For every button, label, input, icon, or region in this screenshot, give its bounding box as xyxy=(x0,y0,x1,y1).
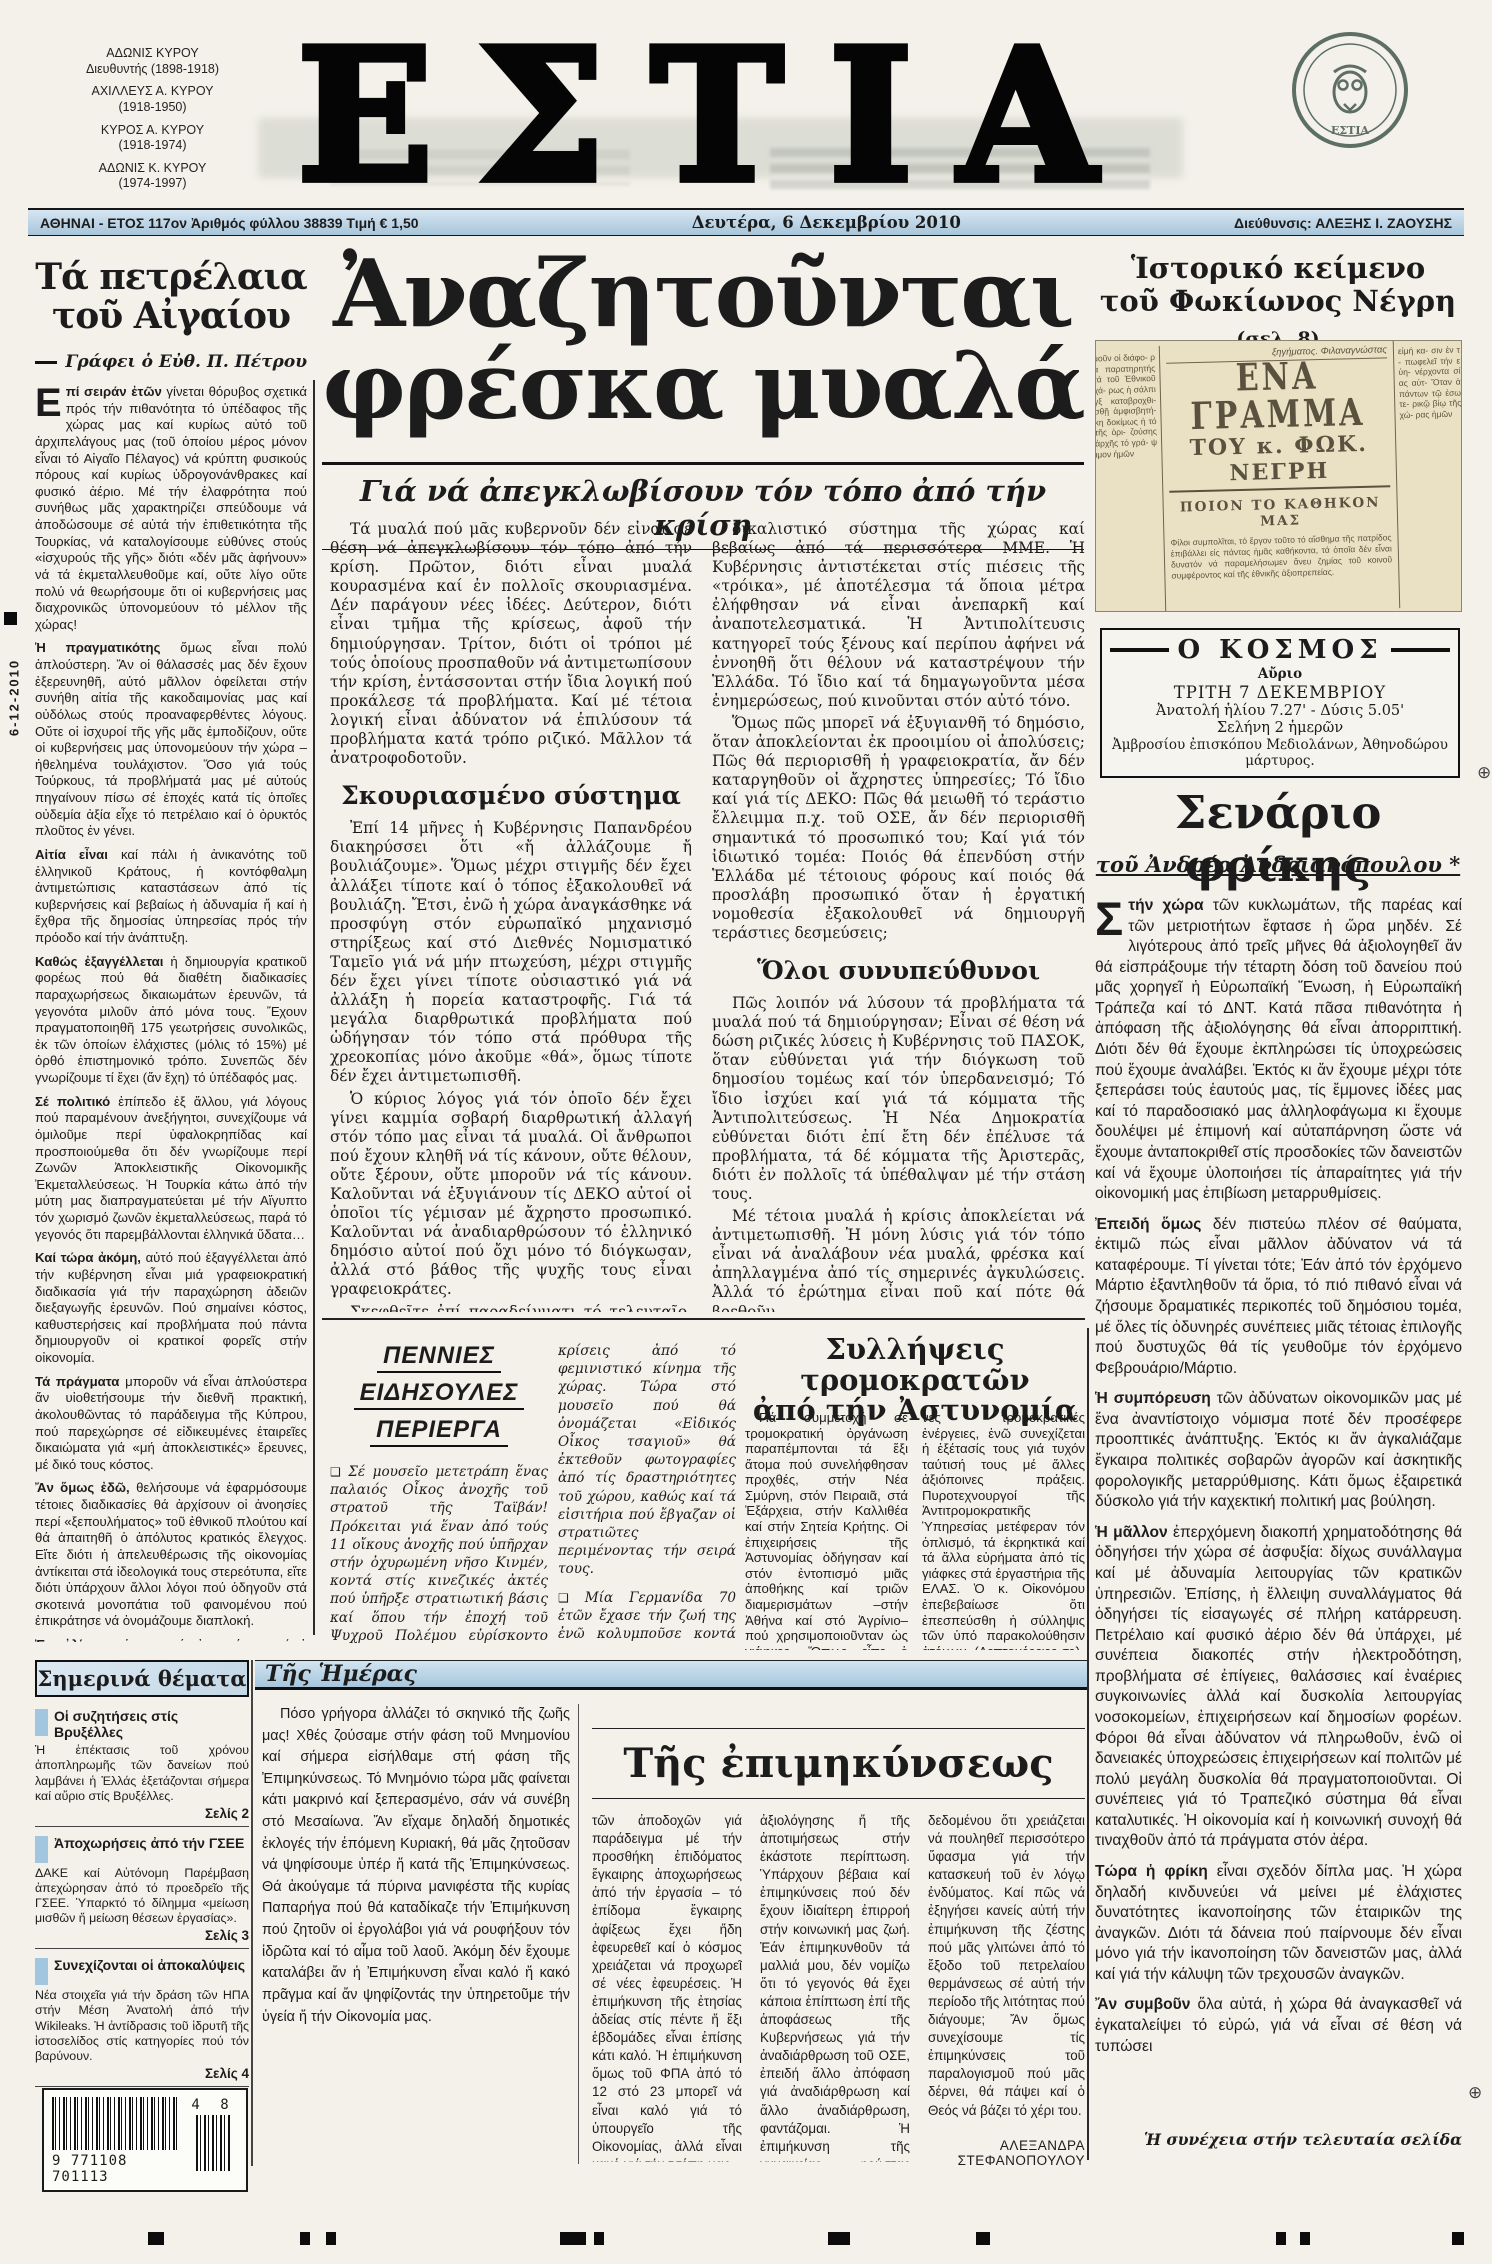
paragraph: τῶν ἀποδοχῶν γιά παράδειγμα μέ τήν προσθ… xyxy=(592,1812,742,2162)
registration-mark xyxy=(300,2232,310,2245)
founder-name: ΚΥΡΟΣ Α. ΚΥΡΟΥ xyxy=(55,123,250,139)
headline-rule xyxy=(592,1798,1085,1799)
clipping-side-text: εἰμή κα- σιν ἐν τ- πωφελεῖ τήν εὐη- νέρχ… xyxy=(1393,340,1462,608)
paragraph: Ὅμως πῶς μπορεῖ νά ἐξυγιανθῆ τό δημόσιο,… xyxy=(712,714,1085,943)
topic-title-row: Οἱ συζητήσεις στίς Βρυξέλλες xyxy=(35,1709,249,1740)
para-lead: Αἰτία εἶναι xyxy=(35,847,108,862)
paragraph: Ἡ μᾶλλον ἐπερχόμενη διακοπή χρηματοδότησ… xyxy=(1095,1523,1462,1852)
column-divider-rule xyxy=(313,380,315,1635)
topic-text: ΔΑΚΕ καί Αὐτόνομη Παρέμβαση ἀπεχώρησαν ἀ… xyxy=(35,1866,249,1927)
newspaper-logo: ΕΣΤΙΑ xyxy=(250,26,1190,205)
barcode-bars-icon xyxy=(52,2097,180,2150)
today-topics-box: Σημερινά θέματα Οἱ συζητήσεις στίς Βρυξέ… xyxy=(35,1660,249,2096)
para-lead: Ἄν ὅμως ἐδῶ, xyxy=(35,1480,130,1495)
section-divider-rule xyxy=(322,1318,1085,1320)
kosmos-moon: Σελήνη 2 ἡμερῶν xyxy=(1110,720,1450,736)
paragraph: Γιά συμμετοχή σέ τρομοκρατική ὀργάνωση π… xyxy=(745,1410,908,1650)
paragraph: Ὁ κύριος λόγος γιά τόν ὁποῖο δέν ἔχει γί… xyxy=(330,1090,692,1300)
o-kosmos-box: Ο ΚΟΣΜΟΣ Αὔριο ΤΡΙΤΗ 7 ΔΕΚΕΜΒΡΙΟΥ Ἀνατολ… xyxy=(1100,628,1460,778)
pennies-title: ΠΕΡΙΕΡΓΑ xyxy=(330,1416,548,1447)
main-article-column-1: Τά μυαλά πού μᾶς κυβερνοῦν δέν εἶναι σέ … xyxy=(330,520,692,1312)
topic-bullet-icon xyxy=(35,1958,48,1985)
clipping-center: ξηγήματος. Φιλαναγνώστας ΕΝΑ ΓΡΑΜΜΑ ΤΟΥ … xyxy=(1160,340,1399,612)
pennies-item-text: Μία Γερμανίδα 70 ἐτῶν ἔχασε τήν ζωή της … xyxy=(558,1590,736,1644)
founder-name: ΑΔΩΝΙΣ ΚΥΡΟΥ xyxy=(55,46,250,62)
imera-signature: ΑΛΕΞΑΝΔΡΑ ΣΤΕΦΑΝΟΠΟΥΛΟΥ xyxy=(880,2138,1085,2168)
registration-cross-icon: ⊕ xyxy=(1468,2083,1482,2103)
founders-list: ΑΔΩΝΙΣ ΚΥΡΟΥΔιευθυντής (1898-1918) ΑΧΙΛΛ… xyxy=(55,46,250,199)
historic-title-line: Ἱστορικό κείμενο xyxy=(1093,252,1463,285)
pennies-item-text: κρίσεις ἀπό τό φεμινιστικό κίνημα τῆς χώ… xyxy=(558,1343,736,1577)
arrests-column-1: Γιά συμμετοχή σέ τρομοκρατική ὀργάνωση π… xyxy=(745,1410,908,1650)
barcode-digits: 9 771108 701113 xyxy=(52,2153,180,2185)
column-divider-rule xyxy=(578,1704,579,2164)
pennies-item-text: Σέ μουσεῖο μετετράπη ἕνας παλαιός Οἶκος … xyxy=(330,1464,548,1644)
para-lead: Σέ πολιτικό xyxy=(35,1094,110,1109)
scenario-byline: τοῦ Ἀνδρέα Ἀνδριανόπουλου * xyxy=(1093,852,1463,877)
topic-item: Συνεχίζονται οἱ ἀποκαλύψεις Νέα στοιχεῖα… xyxy=(35,1958,249,2087)
left-article-body: Επί σειράν ἐτῶν γίνεται θόρυβος σχετικά … xyxy=(35,384,307,1642)
founder-entry: ΑΔΩΝΙΣ ΚΥΡΟΥΔιευθυντής (1898-1918) xyxy=(55,46,250,77)
byline-text: Γράφει ὁ Εὐθ. Π. Πέτρου xyxy=(65,352,307,372)
topic-title-row: Συνεχίζονται οἱ ἀποκαλύψεις xyxy=(35,1958,249,1985)
founder-name: ΑΧΙΛΛΕΥΣ Α. ΚΥΡΟΥ xyxy=(55,84,250,100)
paragraph: Ἐπειδή ὅμως δέν πιστεύω πλέον σέ θαύματα… xyxy=(1095,1215,1462,1380)
para-lead: Ἡ μᾶλλον xyxy=(1095,1524,1168,1541)
epimikynsis-headline: Τῆς ἐπιμηκύνσεως xyxy=(592,1740,1085,1787)
clipping-headline: ΕΝΑ ΓΡΑΜΜΑ xyxy=(1166,357,1389,437)
left-article-title: Τά πετρέλαια τοῦ Αἰγαίου xyxy=(35,258,307,336)
byline-rule xyxy=(35,361,57,364)
left-article-title-line: Τά πετρέλαια xyxy=(35,258,307,297)
para-lead: Ἡ συμπόρευση xyxy=(1095,1390,1211,1407)
main-headline-line: Ἀναζητοῦνται xyxy=(322,248,1084,340)
left-article-byline: Γράφει ὁ Εὐθ. Π. Πέτρου xyxy=(35,352,307,372)
imera-intro-column: Πόσο γρήγορα ἀλλάζει τό σκηνικό τῆς ζωῆς… xyxy=(262,1704,570,2164)
historic-title: Ἱστορικό κείμενο τοῦ Φωκίωνος Νέγρη (σελ… xyxy=(1093,252,1463,352)
paragraph: δεδομένου ὅτι χρειάζεται νά πουληθεῖ περ… xyxy=(928,1812,1085,2120)
para-text: ἐπερχόμενη διακοπή χρηματοδότησης θά ὁδη… xyxy=(1095,1524,1462,1850)
crosshead: Ὅλοι συνυπεύθυνοι xyxy=(712,955,1085,986)
topic-text: Ἡ ἐπέκτασις τοῦ χρόνου ἀποπληρωμῆς τῶν δ… xyxy=(35,1743,249,1804)
registration-mark xyxy=(1276,2232,1286,2245)
pennies-item: ❑ Μία Γερμανίδα 70 ἐτῶν ἔχασε τήν ζωή τη… xyxy=(558,1589,736,1644)
dateline-bar: ΑΘΗΝΑΙ - ΕΤΟΣ 117ον Ἀριθμός φύλλου 38839… xyxy=(28,208,1464,236)
para-text: τῶν κυκλωμάτων, τῆς παρέας καί τῶν μετρι… xyxy=(1095,897,1462,1202)
para-lead: Καθώς ἐξαγγέλλεται xyxy=(35,954,163,969)
kosmos-date: ΤΡΙΤΗ 7 ΔΕΚΕΜΒΡΙΟΥ xyxy=(1110,683,1450,702)
paragraph: Καθώς ἐξαγγέλλεται ἡ δημιουργία κρατικοῦ… xyxy=(35,954,307,1087)
today-topics-header: Σημερινά θέματα xyxy=(35,1660,249,1697)
edge-vertical-date: 6-12-2010 xyxy=(7,648,22,748)
registration-mark xyxy=(148,2232,164,2245)
paragraph: Αἰτία εἶναι καί πάλι ἡ ἀνικανότης τοῦ ἑλ… xyxy=(35,847,307,947)
pennies-title-line: ΠΕΡΙΕΡΓΑ xyxy=(370,1416,508,1447)
registration-mark xyxy=(1300,2232,1310,2245)
para-lead: Τά πράγματα xyxy=(35,1374,119,1389)
para-text: θελήσουμε νά ἐφαρμόσουμε τέτοιες διαδικα… xyxy=(35,1480,307,1628)
arrests-column-2: νες τρομοκρατικές ἐνέργειες, ἐνῶ συνεχίζ… xyxy=(922,1410,1085,1650)
pennies-section: ΠΕΝΝΙΕΣ ΕΙΔΗΣΟΥΛΕΣ ΠΕΡΙΕΡΓΑ ❑ Σέ μουσεῖο… xyxy=(330,1342,548,1644)
barcode-addon-digits: 4 8 xyxy=(191,2097,234,2113)
topic-title: Συνεχίζονται οἱ ἀποκαλύψεις xyxy=(54,1958,245,1985)
kosmos-title-row: Ο ΚΟΣΜΟΣ xyxy=(1110,635,1450,665)
paragraph: Στήν χώρα τῶν κυκλωμάτων, τῆς παρέας καί… xyxy=(1095,896,1462,1205)
main-headline: Ἀναζητοῦνται φρέσκα μυαλά xyxy=(322,248,1084,432)
para-lead: τήν χώρα xyxy=(1128,897,1203,914)
edge-mark xyxy=(4,612,17,625)
estia-seal-stamp-icon: ΕΣΤΙΑ xyxy=(1290,30,1410,150)
paragraph: Τά πράγματα μποροῦν νά εἶναι ἁπλούστερα … xyxy=(35,1374,307,1474)
imera-column-b: ἀξιολόγησης ἤ τῆς ἀποτιμήσεως στήν ἑκάστ… xyxy=(760,1812,910,2162)
paragraph: Σκεφθεῖτε ἐπί παραδείγματι τό τελευταῖο.… xyxy=(330,1303,692,1312)
column-divider-rule xyxy=(1087,1328,1089,2160)
founder-years: (1918-1974) xyxy=(55,138,250,154)
registration-mark xyxy=(828,2232,850,2245)
pennies-item: κρίσεις ἀπό τό φεμινιστικό κίνημα τῆς χώ… xyxy=(558,1342,736,1579)
registration-mark xyxy=(976,2232,990,2245)
para-lead: Ἐν ὀλίγοις, xyxy=(35,1637,112,1642)
tis-imeras-band: Τῆς Ἡμέρας xyxy=(255,1660,1087,1690)
founder-entry: ΑΧΙΛΛΕΥΣ Α. ΚΥΡΟΥ(1918-1950) xyxy=(55,84,250,115)
paragraph: Μέ τέτοια μυαλά ἡ κρίσις ἀποκλείεται νά … xyxy=(712,1207,1085,1312)
left-article-title-line: τοῦ Αἰγαίου xyxy=(35,297,307,336)
founder-years: Διευθυντής (1898-1918) xyxy=(55,62,250,78)
paragraph: νες τρομοκρατικές ἐνέργειες, ἐνῶ συνεχίζ… xyxy=(922,1410,1085,1650)
headline-rule xyxy=(592,1728,1085,1729)
square-bullet-icon: ❑ xyxy=(558,1591,569,1605)
paragraph: Ἄν ὅμως ἐδῶ, θελήσουμε νά ἐφαρμόσουμε τέ… xyxy=(35,1480,307,1630)
topic-item: Οἱ συζητήσεις στίς Βρυξέλλες Ἡ ἐπέκτασις… xyxy=(35,1709,249,1827)
barcode-addon: 4 8 xyxy=(188,2097,238,2185)
arrests-title-line: Συλλήψεις τρομοκρατῶν xyxy=(745,1334,1085,1395)
paragraph: δικαλιστικό σύστημα τῆς χώρας καί βεβαίω… xyxy=(712,520,1085,711)
para-lead: Ἄν συμβοῦν xyxy=(1095,1996,1190,2013)
barcode-main: 9 771108 701113 xyxy=(52,2097,180,2185)
dateline-director: Διεύθυνσις: ΑΛΕΞΗΣ Ι. ΖΑΟΥΣΗΣ xyxy=(1234,215,1452,231)
pennies-title-line: ΠΕΝΝΙΕΣ xyxy=(377,1342,501,1373)
paragraph: Πόσο γρήγορα ἀλλάζει τό σκηνικό τῆς ζωῆς… xyxy=(262,1704,570,2028)
issue-barcode: 9 771108 701113 4 8 xyxy=(42,2088,248,2192)
para-text: τῶν ἀδύνατων οἰκονομικῶν μας μέ ἕνα ἀναν… xyxy=(1095,1390,1462,1510)
topic-title: Ἀποχωρήσεις ἀπό τήν ΓΣΕΕ xyxy=(54,1836,244,1863)
paragraph: Ἐπί 14 μῆνες ἡ Κυβέρνησις Παπανδρέου δια… xyxy=(330,819,692,1086)
pennies-section-continued: κρίσεις ἀπό τό φεμινιστικό κίνημα τῆς χώ… xyxy=(558,1342,736,1644)
para-lead: Ἡ πραγματικότης xyxy=(35,640,160,655)
title-rule xyxy=(1110,648,1169,652)
pennies-title: ΠΕΝΝΙΕΣ xyxy=(330,1342,548,1373)
para-lead: πί σειράν ἐτῶν xyxy=(66,384,162,399)
paragraph: Ἄν συμβοῦν ὅλα αὐτά, ἡ χώρα θά ἀναγκασθε… xyxy=(1095,1995,1462,2057)
scenario-body: Στήν χώρα τῶν κυκλωμάτων, τῆς παρέας καί… xyxy=(1095,896,1462,2124)
founder-entry: ΑΔΩΝΙΣ Κ. ΚΥΡΟΥ(1974-1997) xyxy=(55,161,250,192)
crosshead: Σκουριασμένο σύστημα xyxy=(330,780,692,811)
para-text: γίνεται θόρυβος σχετικά πρός τήν πιθανότ… xyxy=(35,384,307,632)
registration-mark xyxy=(326,2232,336,2245)
founder-years: (1974-1997) xyxy=(55,176,250,192)
registration-mark xyxy=(560,2232,586,2245)
clipping-body-text: Φίλοι συμπολῖται, τό ἔργον τοῦτο τό αἴσθ… xyxy=(1170,532,1392,582)
paragraph: Τά μυαλά πού μᾶς κυβερνοῦν δέν εἶναι σέ … xyxy=(330,520,692,768)
clipping-side-text: μοῦν οἱ διάφο- ρα παρατηρητής τά τοῦ Ἐθν… xyxy=(1095,346,1166,612)
para-text: αὐτό πού ἐξαγγέλλεται ἀπό τήν κυβέρνηση … xyxy=(35,1250,307,1365)
topic-page-ref: Σελίς 4 xyxy=(35,2066,249,2081)
paragraph: Πῶς λοιπόν νά λύσουν τά προβλήματα τά μυ… xyxy=(712,994,1085,1204)
scenario-continuation-note: Ἡ συνέχεια στήν τελευταία σελίδα xyxy=(1095,2130,1462,2149)
pennies-title-line: ΕΙΔΗΣΟΥΛΕΣ xyxy=(354,1379,525,1410)
clipping-headline: ΤΟΥ κ. ΦΩΚ. ΝΕΓΡΗ xyxy=(1168,430,1390,492)
registration-mark xyxy=(594,2232,604,2245)
para-text: ἐπίπεδο ἐξ ἄλλου, γιά λόγους πού παραμέν… xyxy=(35,1094,307,1242)
paragraph: Καί τώρα ἀκόμη, αὐτό πού ἐξαγγέλλεται ἀπ… xyxy=(35,1250,307,1366)
paragraph: Σέ πολιτικό ἐπίπεδο ἐξ ἄλλου, γιά λόγους… xyxy=(35,1094,307,1244)
pennies-item: ❑ Σέ μουσεῖο μετετράπη ἕνας παλαιός Οἶκο… xyxy=(330,1463,548,1644)
barcode-addon-bars-icon xyxy=(196,2115,230,2171)
para-text: ἡ δημιουργία κρατικοῦ φορέως πού θά διαθ… xyxy=(35,954,307,1085)
topic-item: Ἀποχωρήσεις ἀπό τήν ΓΣΕΕ ΔΑΚΕ καί Αὐτόνο… xyxy=(35,1836,249,1950)
main-article-column-2: δικαλιστικό σύστημα τῆς χώρας καί βεβαίω… xyxy=(712,520,1085,1312)
dateline-date: Δευτέρα, 6 Δεκεμβρίου 2010 xyxy=(692,213,961,232)
historic-title-text: τοῦ Φωκίωνος Νέγρη xyxy=(1100,284,1456,318)
historic-newspaper-clipping-image: μοῦν οἱ διάφο- ρα παρατηρητής τά τοῦ Ἐθν… xyxy=(1095,340,1462,612)
pennies-title: ΕΙΔΗΣΟΥΛΕΣ xyxy=(330,1379,548,1410)
kosmos-saints: Ἀμβροσίου ἐπισκόπου Μεδιολάνων, Ἀθηνοδώρ… xyxy=(1110,737,1450,769)
kosmos-title: Ο ΚΟΣΜΟΣ xyxy=(1177,635,1382,665)
para-text: δέν πιστεύω πλέον σέ θαύματα, ἐκτιμῶ πώς… xyxy=(1095,1216,1462,1377)
main-headline-line: φρέσκα μυαλά xyxy=(322,340,1084,432)
clipping-content: μοῦν οἱ διάφο- ρα παρατηρητής τά τοῦ Ἐθν… xyxy=(1095,340,1462,612)
kosmos-tomorrow-label: Αὔριο xyxy=(1110,666,1450,682)
paragraph: Ἐν ὀλίγοις, ἡ κρατική ἀνικανότης καί ἡ γ… xyxy=(35,1637,307,1642)
founder-years: (1918-1950) xyxy=(55,100,250,116)
paragraph: Τώρα ἡ φρίκη εἶναι σχεδόν δίπλα μας. Ἡ χ… xyxy=(1095,1862,1462,1985)
founder-name: ΑΔΩΝΙΣ Κ. ΚΥΡΟΥ xyxy=(55,161,250,177)
registration-cross-icon: ⊕ xyxy=(1477,763,1491,783)
para-lead: Ἐπειδή ὅμως xyxy=(1095,1216,1201,1233)
topic-bullet-icon xyxy=(35,1709,48,1736)
para-lead: Τώρα ἡ φρίκη xyxy=(1095,1863,1208,1880)
square-bullet-icon: ❑ xyxy=(330,1465,341,1479)
topic-text: Νέα στοιχεῖα γιά τήν δράση τῶν ΗΠΑ στήν … xyxy=(35,1988,249,2064)
paragraph: Ἡ πραγματικότης ὅμως εἶναι πολύ ἁπλούστε… xyxy=(35,640,307,840)
newspaper-front-page: ΑΔΩΝΙΣ ΚΥΡΟΥΔιευθυντής (1898-1918) ΑΧΙΛΛ… xyxy=(0,0,1492,2264)
topic-page-ref: Σελίς 2 xyxy=(35,1806,249,1821)
title-rule xyxy=(1391,648,1450,652)
kosmos-sun-times: Ἀνατολή ἡλίου 7.27' - Δύσις 5.05' xyxy=(1110,703,1450,719)
founder-entry: ΚΥΡΟΣ Α. ΚΥΡΟΥ(1918-1974) xyxy=(55,123,250,154)
dropcap: Ε xyxy=(35,384,66,420)
paragraph: Επί σειράν ἐτῶν γίνεται θόρυβος σχετικά … xyxy=(35,384,307,633)
topic-title-row: Ἀποχωρήσεις ἀπό τήν ΓΣΕΕ xyxy=(35,1836,249,1863)
clipping-headline: ΠΟΙΟΝ ΤΟ ΚΑΘΗΚΟΝ ΜΑΣ xyxy=(1170,494,1392,531)
topic-page-ref: Σελίς 3 xyxy=(35,1928,249,1943)
paragraph: ἀξιολόγησης ἤ τῆς ἀποτιμήσεως στήν ἑκάστ… xyxy=(760,1812,910,2162)
topic-title: Οἱ συζητήσεις στίς Βρυξέλλες xyxy=(54,1709,249,1740)
svg-text:ΕΣΤΙΑ: ΕΣΤΙΑ xyxy=(1331,124,1369,137)
topic-bullet-icon xyxy=(35,1836,48,1863)
para-text: ὅμως εἶναι πολύ ἁπλούστερη. Ἄν οἱ θάλασσ… xyxy=(35,640,307,838)
dateline-issue: ΑΘΗΝΑΙ - ΕΤΟΣ 117ον Ἀριθμός φύλλου 38839… xyxy=(40,215,419,231)
dropcap: Σ xyxy=(1095,896,1128,938)
registration-mark xyxy=(1452,2232,1464,2245)
paragraph: Ἡ συμπόρευση τῶν ἀδύνατων οἰκονομικῶν μα… xyxy=(1095,1389,1462,1512)
para-lead: Καί τώρα ἀκόμη, xyxy=(35,1250,141,1265)
column-divider-rule xyxy=(251,1660,253,2166)
imera-column-a: τῶν ἀποδοχῶν γιά παράδειγμα μέ τήν προσθ… xyxy=(592,1812,742,2162)
para-text: εἶναι σχεδόν δίπλα μας. Ἡ χώρα δηλαδή κι… xyxy=(1095,1863,1462,1983)
imera-column-c: δεδομένου ὅτι χρειάζεται νά πουληθεῖ περ… xyxy=(928,1812,1085,2162)
